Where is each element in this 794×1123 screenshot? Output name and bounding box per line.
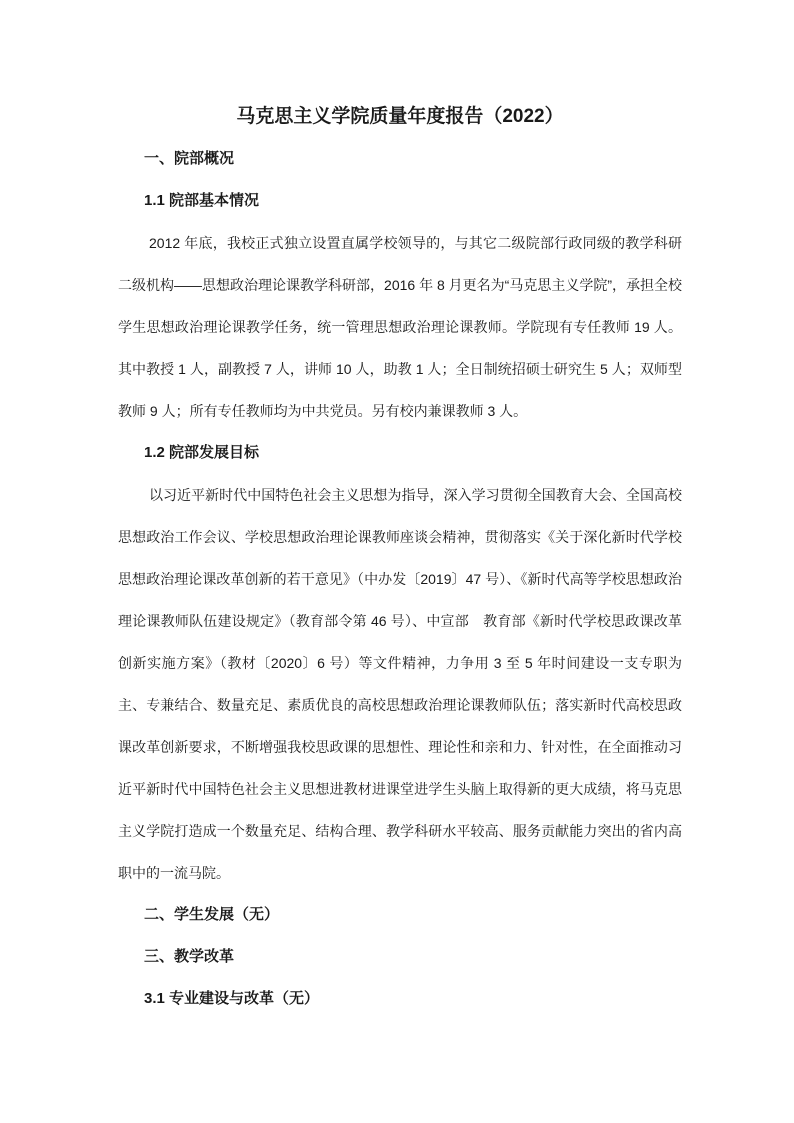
heading-1-2-development-goal: 1.2 院部发展目标 xyxy=(118,432,682,474)
paragraph-development-goal: 以习近平新时代中国特色社会主义思想为指导，深入学习贯彻全国教育大会、全国高校思想… xyxy=(118,474,682,894)
document-title: 马克思主义学院质量年度报告（2022） xyxy=(118,96,682,138)
heading-3-1-major-reform: 3.1 专业建设与改革（无） xyxy=(118,978,682,1020)
heading-1-1-basic-info: 1.1 院部基本情况 xyxy=(118,180,682,222)
heading-section-1-overview: 一、院部概况 xyxy=(118,138,682,180)
paragraph-basic-info: 2012 年底，我校正式独立设置直属学校领导的，与其它二级院部行政同级的教学科研… xyxy=(118,222,682,432)
document-page: 马克思主义学院质量年度报告（2022） 一、院部概况 1.1 院部基本情况 20… xyxy=(0,0,794,1123)
heading-section-2-students: 二、学生发展（无） xyxy=(118,894,682,936)
heading-section-3-teaching-reform: 三、教学改革 xyxy=(118,936,682,978)
